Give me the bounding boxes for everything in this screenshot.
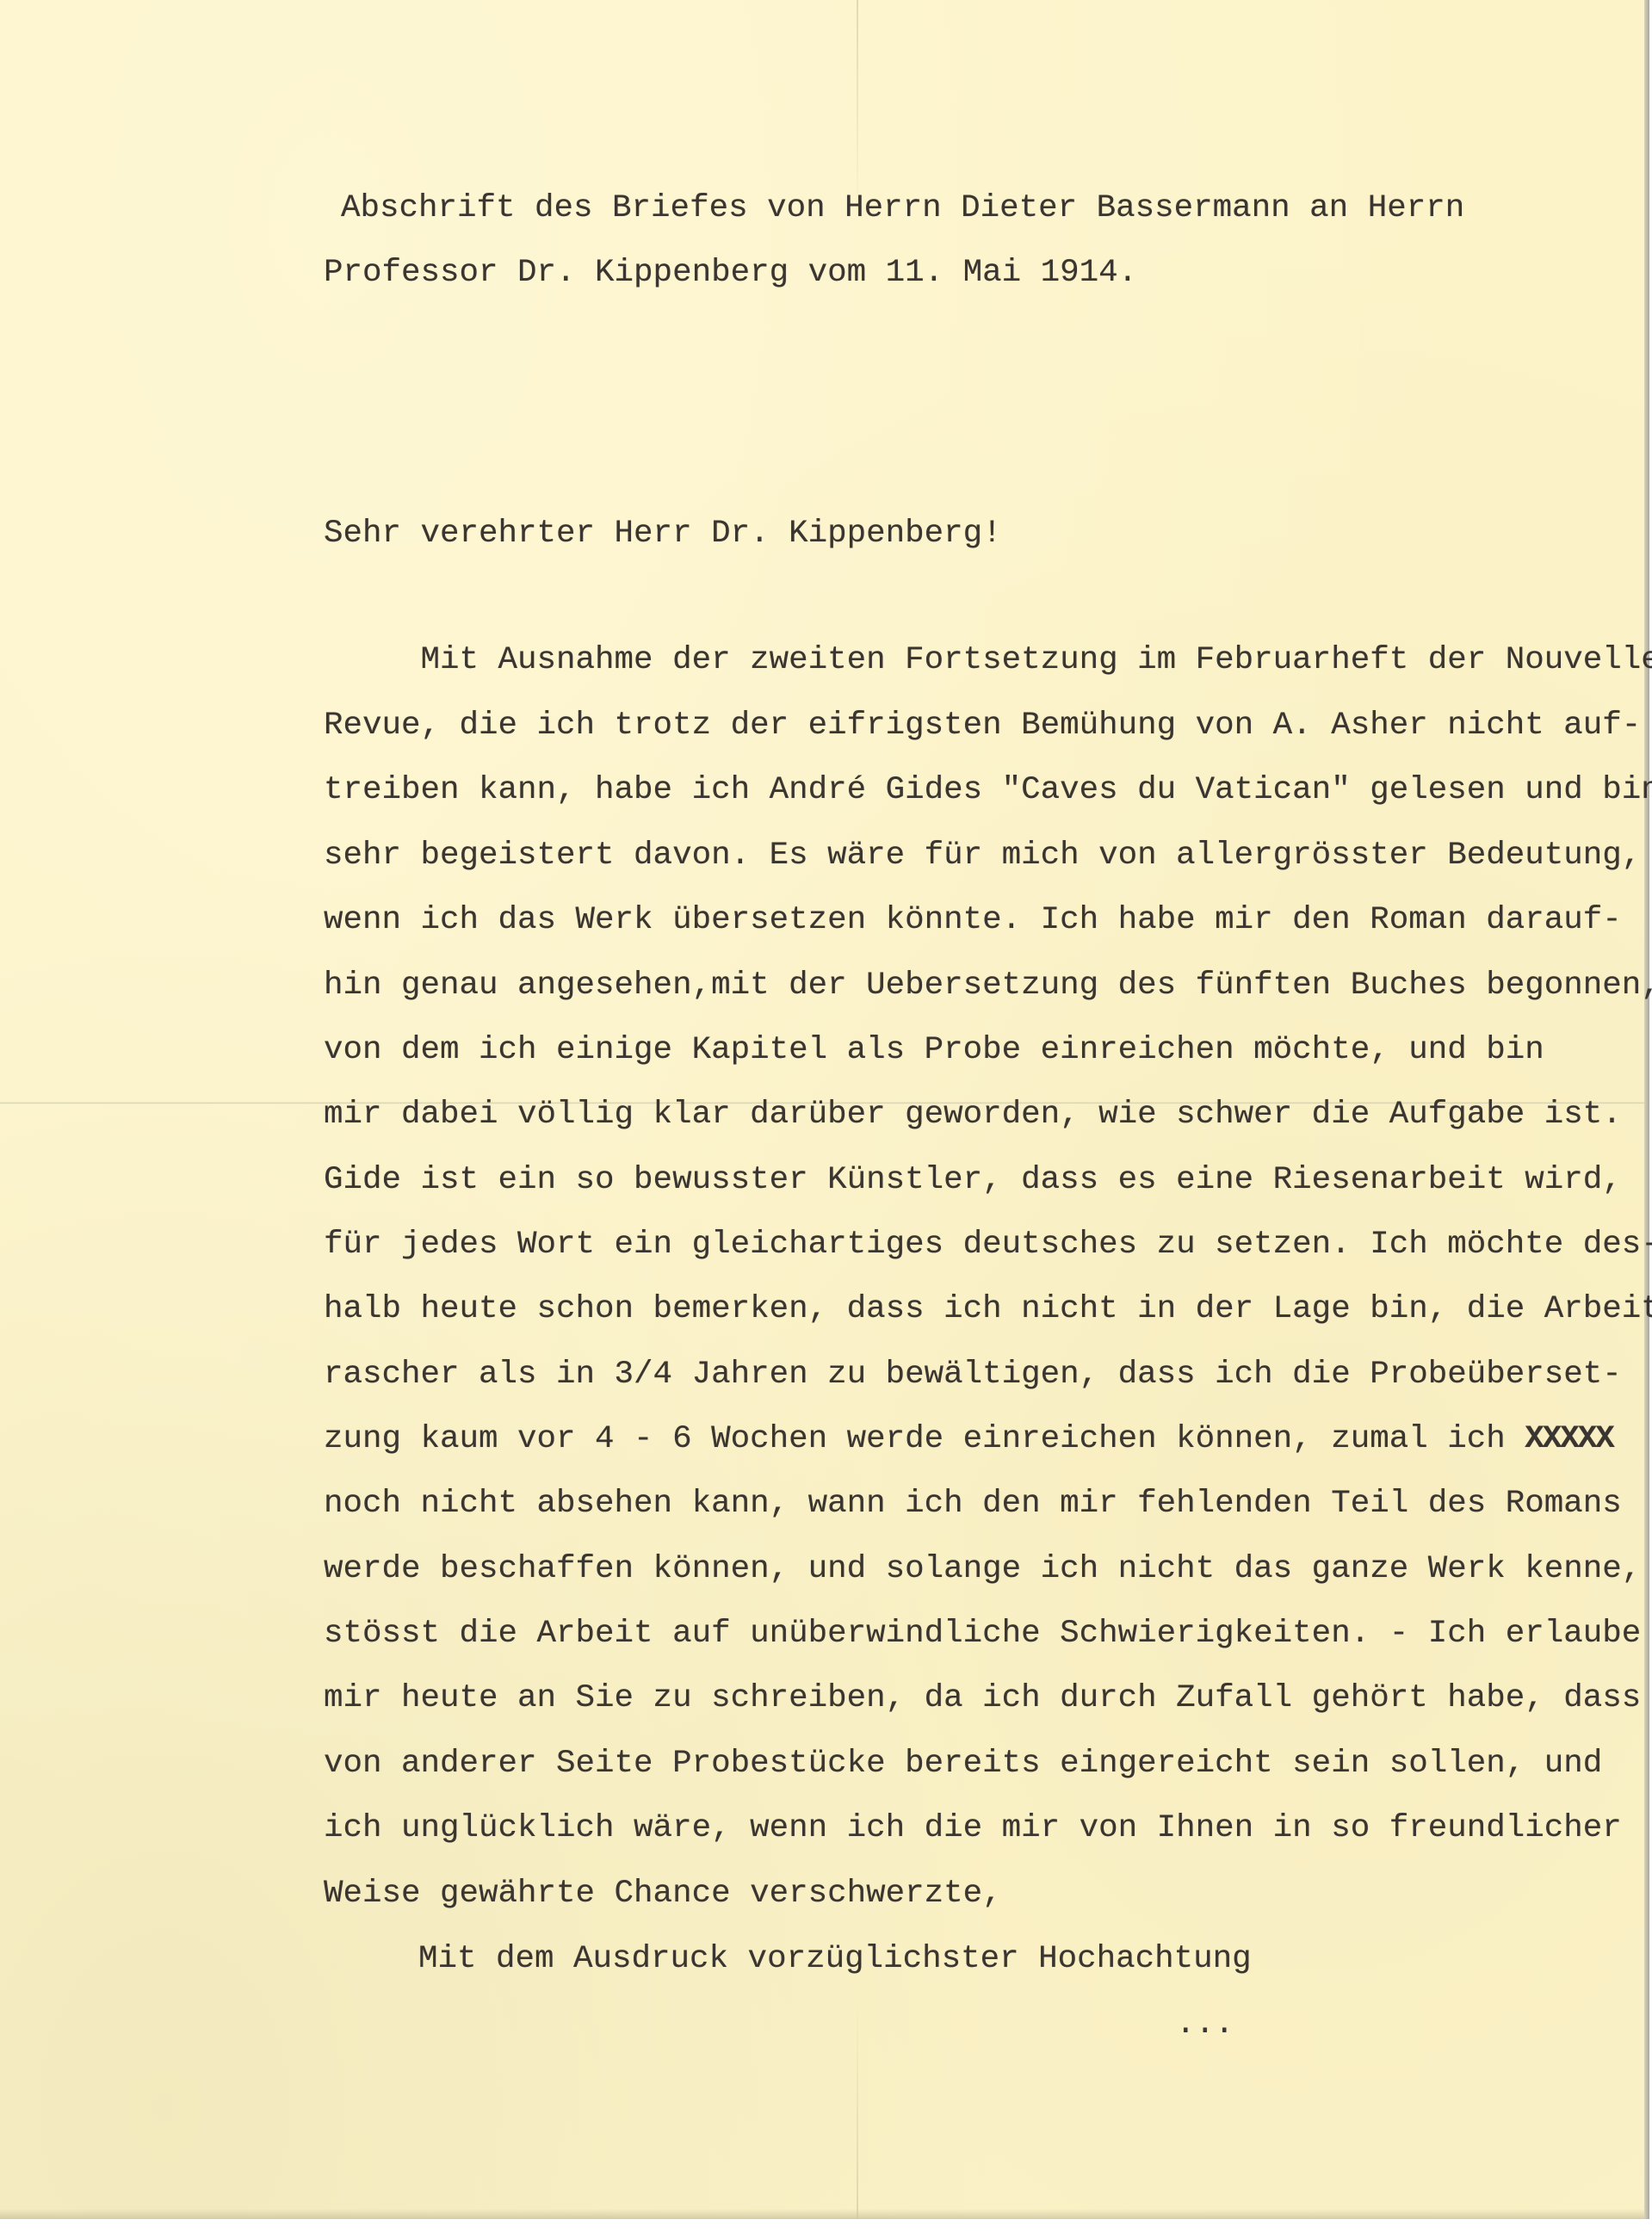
closing-line: Mit dem Ausdruck vorzüglichster Hochacht… [418,1944,1252,1976]
body-line: mir heute an Sie zu schreiben, da ich du… [324,1683,1641,1716]
letter-paper: Abschrift des Briefes von Herrn Dieter B… [0,0,1646,2219]
body-line: werde beschaffen können, und solange ich… [324,1554,1641,1586]
body-line: hin genau angesehen,mit der Uebersetzung… [324,970,1652,1003]
body-line: sehr begeistert davon. Es wäre für mich … [324,840,1641,873]
body-line: mir dabei völlig klar darüber geworden, … [324,1099,1622,1132]
body-line: Revue, die ich trotz der eifrigsten Bemü… [324,710,1641,743]
body-line: noch nicht absehen kann, wann ich den mi… [324,1488,1622,1521]
body-line: Gide ist ein so bewusster Künstler, dass… [324,1165,1622,1197]
body-line: stösst die Arbeit auf unüberwindliche Sc… [324,1618,1641,1651]
body-line: rascher als in 3/4 Jahren zu bewältigen,… [324,1359,1622,1392]
signature-ellipsis: ... [1176,2009,1234,2042]
body-line: ich unglücklich wäre, wenn ich die mir v… [324,1813,1622,1845]
body-line: für jedes Wort ein gleichartiges deutsch… [324,1229,1652,1262]
body-line: von dem ich einige Kapitel als Probe ein… [324,1035,1544,1067]
body-line: treiben kann, habe ich André Gides "Cave… [324,775,1652,807]
body-line-text: zung kaum vor 4 - 6 Wochen werde einreic… [324,1421,1525,1457]
body-line: Mit Ausnahme der zweiten Fortsetzung im … [324,645,1652,677]
body-line: wenn ich das Werk übersetzen könnte. Ich… [324,905,1622,937]
struck-out-text: XXXXX [1525,1421,1613,1457]
body-line: Weise gewährte Chance verschwerzte, [324,1878,1002,1911]
paper-bottom-edge [0,2209,1646,2219]
paper-right-edge-shadow [1644,0,1649,2219]
body-line-with-strikeout: zung kaum vor 4 - 6 Wochen werde einreic… [324,1424,1613,1456]
heading-line-1: Abschrift des Briefes von Herrn Dieter B… [341,193,1464,226]
body-line: halb heute schon bemerken, dass ich nich… [324,1294,1652,1326]
body-line: von anderer Seite Probestücke bereits ei… [324,1748,1602,1781]
salutation: Sehr verehrter Herr Dr. Kippenberg! [324,518,1002,551]
heading-line-2: Professor Dr. Kippenberg vom 11. Mai 191… [324,257,1137,290]
